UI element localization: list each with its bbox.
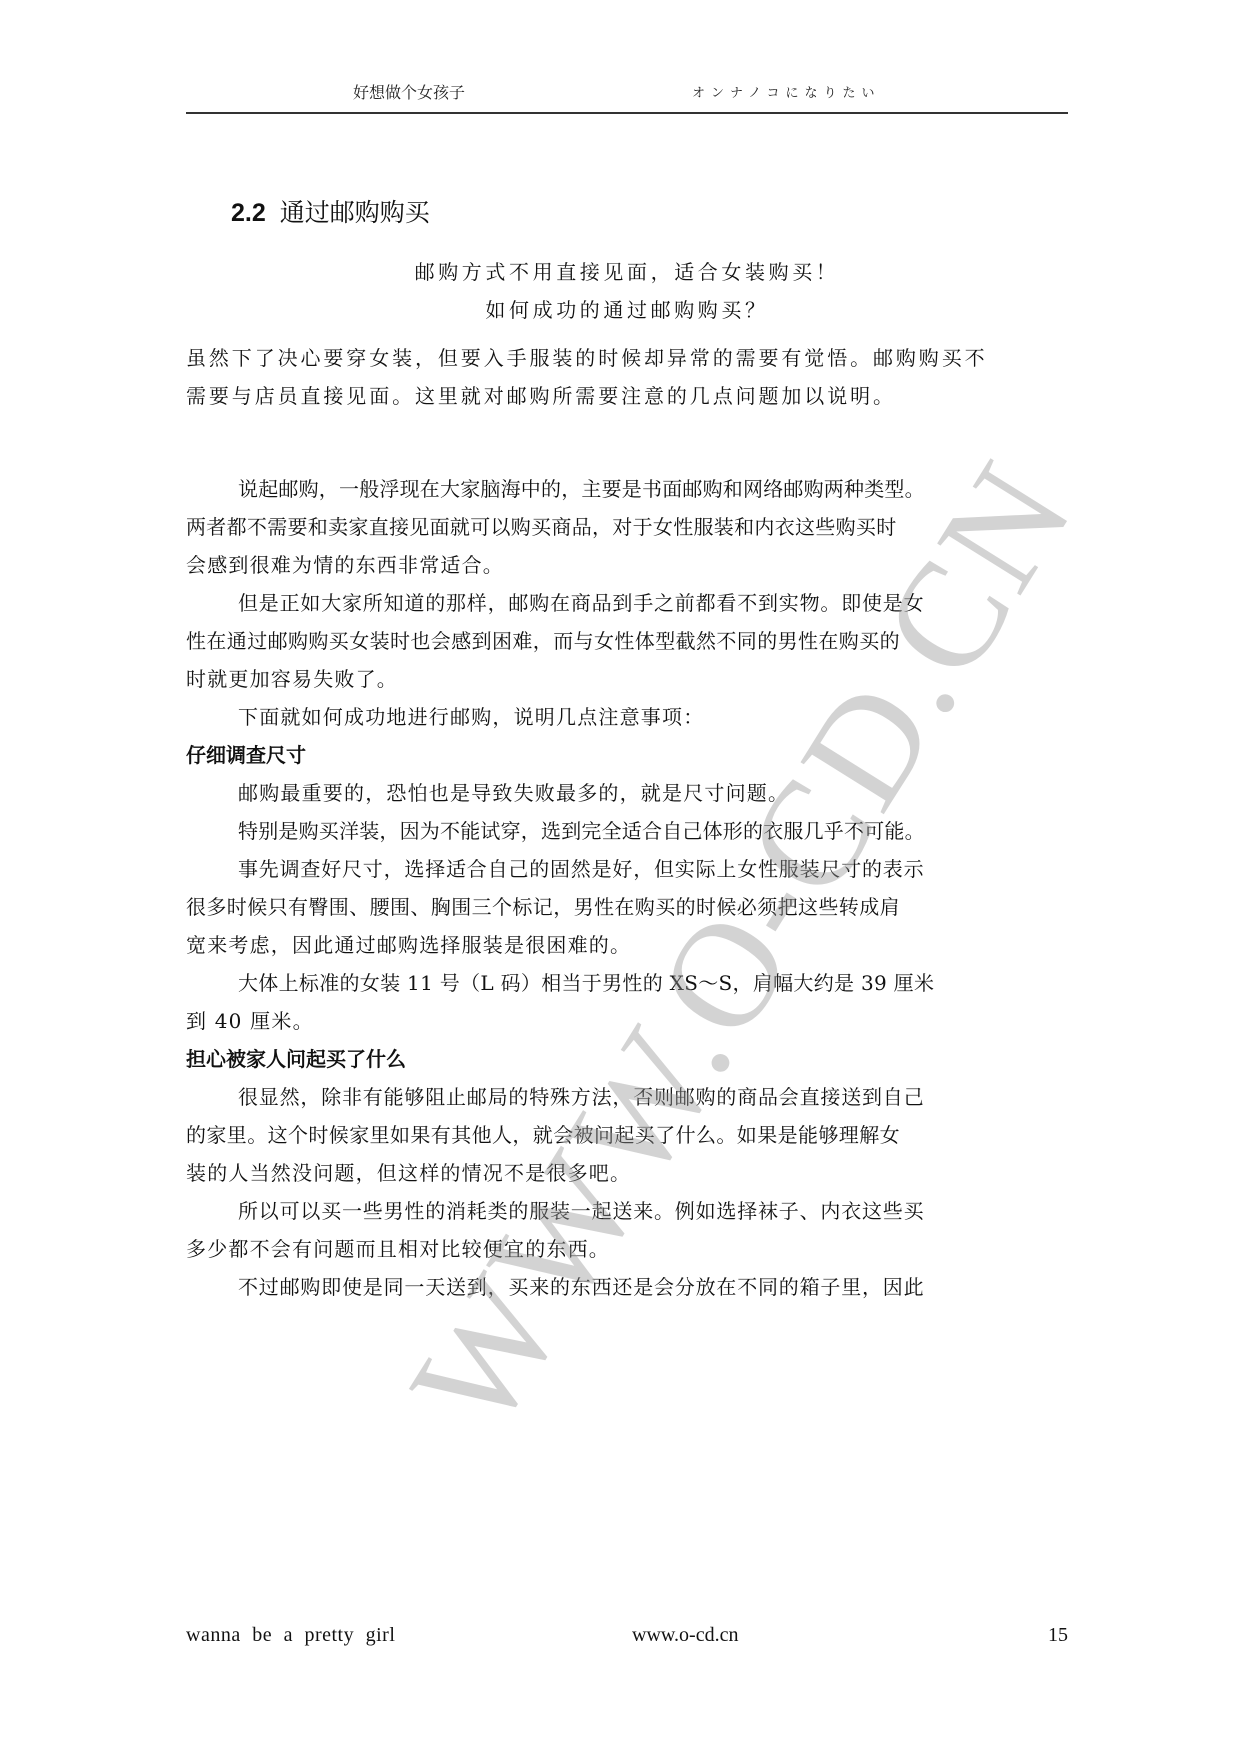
subheading-size: 仔细调查尺寸 (186, 741, 306, 769)
body-line: 宽来考虑，因此通过邮购选择服装是很困难的。 (186, 931, 1068, 959)
body-line: 到 40 厘米。 (186, 1007, 1068, 1035)
page-number: 15 (1048, 1624, 1068, 1647)
body-line: 事先调查好尺寸，选择适合自己的固然是好，但实际上女性服装尺寸的表示 (186, 855, 1068, 883)
header-title-japanese: オンナノコになりたい (692, 82, 880, 101)
body-line: 两者都不需要和卖家直接见面就可以购买商品，对于女性服装和内衣这些购买时 (186, 513, 1068, 541)
body-line: 特别是购买洋装，因为不能试穿，选到完全适合自己体形的衣服几乎不可能。 (186, 817, 1068, 845)
body-line: 下面就如何成功地进行邮购，说明几点注意事项： (186, 703, 1068, 731)
body-line: 性在通过邮购购买女装时也会感到困难，而与女性体型截然不同的男性在购买的 (186, 627, 1068, 655)
body-line: 邮购最重要的，恐怕也是导致失败最多的，就是尺寸问题。 (186, 779, 1068, 807)
body-line: 所以可以买一些男性的消耗类的服装一起送来。例如选择袜子、内衣这些买 (186, 1197, 1068, 1225)
intro-center-line: 邮购方式不用直接见面，适合女装购买！ (186, 258, 1068, 286)
intro-center-line: 如何成功的通过邮购购买？ (186, 296, 1068, 324)
body-line: 很显然，除非有能够阻止邮局的特殊方法，否则邮购的商品会直接送到自己 (186, 1083, 1068, 1111)
header-title-chinese: 好想做个女孩子 (353, 80, 465, 103)
intro-paragraph-line: 虽然下了决心要穿女装，但要入手服装的时候却异常的需要有觉悟。邮购购买不 (186, 344, 1068, 372)
body-line: 的家里。这个时候家里如果有其他人，就会被问起买了什么。如果是能够理解女 (186, 1121, 1068, 1149)
section-heading: 2.2通过邮购购买 (231, 193, 430, 229)
subheading-family: 担心被家人问起买了什么 (186, 1045, 406, 1073)
body-line: 不过邮购即使是同一天送到，买来的东西还是会分放在不同的箱子里，因此 (186, 1273, 1068, 1301)
body-line: 时就更加容易失败了。 (186, 665, 1068, 693)
body-line: 多少都不会有问题而且相对比较便宜的东西。 (186, 1235, 1068, 1263)
body-line: 大体上标准的女装 11 号（L 码）相当于男性的 XS～S，肩幅大约是 39 厘… (186, 969, 1068, 997)
footer-tagline: wanna be a pretty girl (186, 1624, 395, 1647)
intro-paragraph-line: 需要与店员直接见面。这里就对邮购所需要注意的几点问题加以说明。 (186, 382, 1068, 410)
header-divider (186, 112, 1068, 114)
footer-website: www.o-cd.cn (632, 1624, 738, 1647)
document-page: 好想做个女孩子 オンナノコになりたい 2.2通过邮购购买 邮购方式不用直接见面，… (0, 0, 1241, 1755)
body-line: 说起邮购，一般浮现在大家脑海中的，主要是书面邮购和网络邮购两种类型。 (186, 475, 1068, 503)
page-header: 好想做个女孩子 オンナノコになりたい (186, 76, 1068, 104)
body-line: 装的人当然没问题，但这样的情况不是很多吧。 (186, 1159, 1068, 1187)
page-footer: wanna be a pretty girl www.o-cd.cn 15 (186, 1624, 1068, 1654)
body-line: 很多时候只有臀围、腰围、胸围三个标记，男性在购买的时候必须把这些转成肩 (186, 893, 1068, 921)
body-line: 但是正如大家所知道的那样，邮购在商品到手之前都看不到实物。即使是女 (186, 589, 1068, 617)
section-number: 2.2 (231, 199, 266, 227)
section-title: 通过邮购购买 (280, 199, 430, 227)
body-line: 会感到很难为情的东西非常适合。 (186, 551, 1068, 579)
